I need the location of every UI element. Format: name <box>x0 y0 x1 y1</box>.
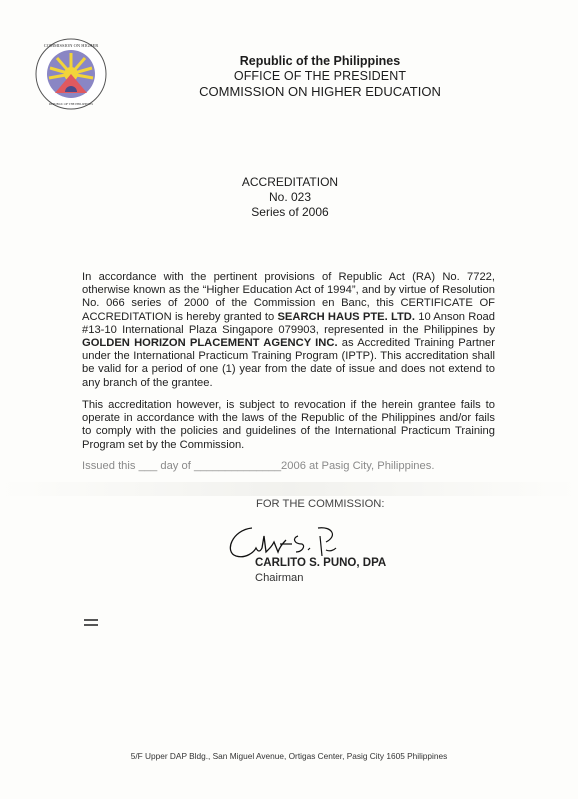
republic-line: Republic of the Philippines <box>170 54 470 69</box>
accreditation-series: Series of 2006 <box>200 205 380 220</box>
accreditation-number: No. 023 <box>200 190 380 205</box>
letterhead: Republic of the Philippines OFFICE OF TH… <box>170 54 470 99</box>
grant-paragraph: In accordance with the pertinent provisi… <box>82 271 495 390</box>
initials-mark <box>84 619 98 629</box>
svg-text:REPUBLIC OF THE PHILIPPINES: REPUBLIC OF THE PHILIPPINES <box>49 102 93 106</box>
revocation-paragraph: This accreditation however, is subject t… <box>82 399 495 452</box>
ched-seal-icon: COMMISSION ON HIGHER REPUBLIC OF THE PHI… <box>35 38 107 110</box>
scan-artifact <box>0 482 578 496</box>
signatory-title: Chairman <box>255 572 304 584</box>
accreditation-heading: ACCREDITATION No. 023 Series of 2006 <box>200 175 380 220</box>
svg-text:COMMISSION ON HIGHER: COMMISSION ON HIGHER <box>44 43 99 48</box>
for-the-commission-label: FOR THE COMMISSION: <box>256 498 384 510</box>
accreditation-title: ACCREDITATION <box>200 175 380 190</box>
representative-name: GOLDEN HORIZON PLACEMENT AGENCY INC. <box>82 337 338 349</box>
signatory-name: CARLITO S. PUNO, DPA <box>255 557 386 569</box>
office-line: OFFICE OF THE PRESIDENT <box>170 69 470 84</box>
commission-line: COMMISSION ON HIGHER EDUCATION <box>170 84 470 99</box>
grantee-name: SEARCH HAUS PTE. LTD. <box>277 311 415 323</box>
issued-line: Issued this ___ day of ______________200… <box>82 460 434 472</box>
accreditation-document: COMMISSION ON HIGHER REPUBLIC OF THE PHI… <box>0 0 578 799</box>
footer-address: 5/F Upper DAP Bldg., San Miguel Avenue, … <box>0 751 578 761</box>
